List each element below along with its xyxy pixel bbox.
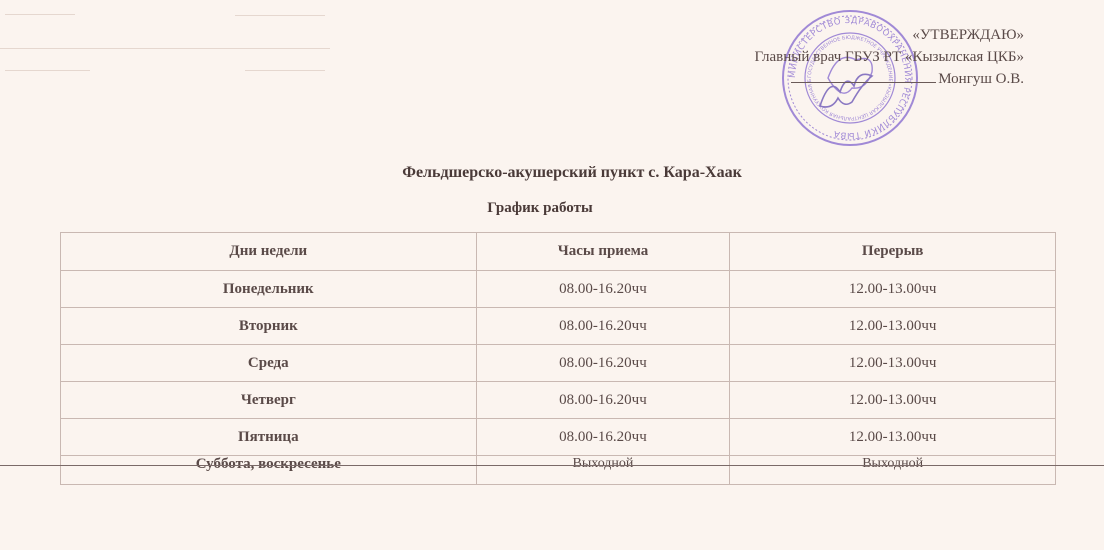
day-cell: Понедельник — [61, 271, 477, 308]
approval-block: «УТВЕРЖДАЮ» Главный врач ГБУЗ РТ «Кызылс… — [754, 28, 1024, 94]
hours-cell: 08.00-16.20чч — [476, 345, 730, 382]
table-row: Вторник 08.00-16.20чч 12.00-13.00чч — [61, 308, 1056, 345]
hours-cell: Выходной — [476, 456, 730, 485]
break-cell: 12.00-13.00чч — [730, 419, 1056, 456]
approval-heading: «УТВЕРЖДАЮ» — [754, 28, 1024, 50]
break-cell: 12.00-13.00чч — [730, 308, 1056, 345]
day-cell: Пятница — [61, 419, 477, 456]
schedule-table: Дни недели Часы приема Перерыв Понедельн… — [60, 232, 1056, 485]
approval-signatory: Монгуш О.В. — [938, 71, 1024, 87]
day-cell: Среда — [61, 345, 477, 382]
hours-cell: 08.00-16.20чч — [476, 382, 730, 419]
scan-fold-line — [0, 465, 1104, 466]
day-cell: Вторник — [61, 308, 477, 345]
hours-cell: 08.00-16.20чч — [476, 271, 730, 308]
header-hours: Часы приема — [476, 233, 730, 271]
document-title: Фельдшерско-акушерский пункт с. Кара-Хаа… — [0, 164, 1104, 182]
table-row: Среда 08.00-16.20чч 12.00-13.00чч — [61, 345, 1056, 382]
scan-artifact — [0, 48, 330, 49]
approval-signature-row: Монгуш О.В. — [754, 72, 1024, 94]
break-cell: 12.00-13.00чч — [730, 271, 1056, 308]
scan-artifact — [235, 15, 325, 16]
table-row: Суббота, воскресенье Выходной Выходной — [61, 456, 1056, 485]
table-row: Четверг 08.00-16.20чч 12.00-13.00чч — [61, 382, 1056, 419]
signature-line — [791, 82, 936, 83]
break-cell: 12.00-13.00чч — [730, 382, 1056, 419]
day-cell: Суббота, воскресенье — [61, 456, 477, 485]
scan-artifact — [5, 70, 90, 71]
table-row: Пятница 08.00-16.20чч 12.00-13.00чч — [61, 419, 1056, 456]
break-cell: Выходной — [730, 456, 1056, 485]
hours-cell: 08.00-16.20чч — [476, 419, 730, 456]
hours-cell: 08.00-16.20чч — [476, 308, 730, 345]
table-header-row: Дни недели Часы приема Перерыв — [61, 233, 1056, 271]
document-subtitle: График работы — [0, 200, 1080, 217]
scan-artifact — [5, 14, 75, 15]
break-cell: 12.00-13.00чч — [730, 345, 1056, 382]
table-row: Понедельник 08.00-16.20чч 12.00-13.00чч — [61, 271, 1056, 308]
header-days: Дни недели — [61, 233, 477, 271]
day-cell: Четверг — [61, 382, 477, 419]
approval-position: Главный врач ГБУЗ РТ «Кызылская ЦКБ» — [754, 50, 1024, 72]
header-break: Перерыв — [730, 233, 1056, 271]
scan-artifact — [245, 70, 325, 71]
